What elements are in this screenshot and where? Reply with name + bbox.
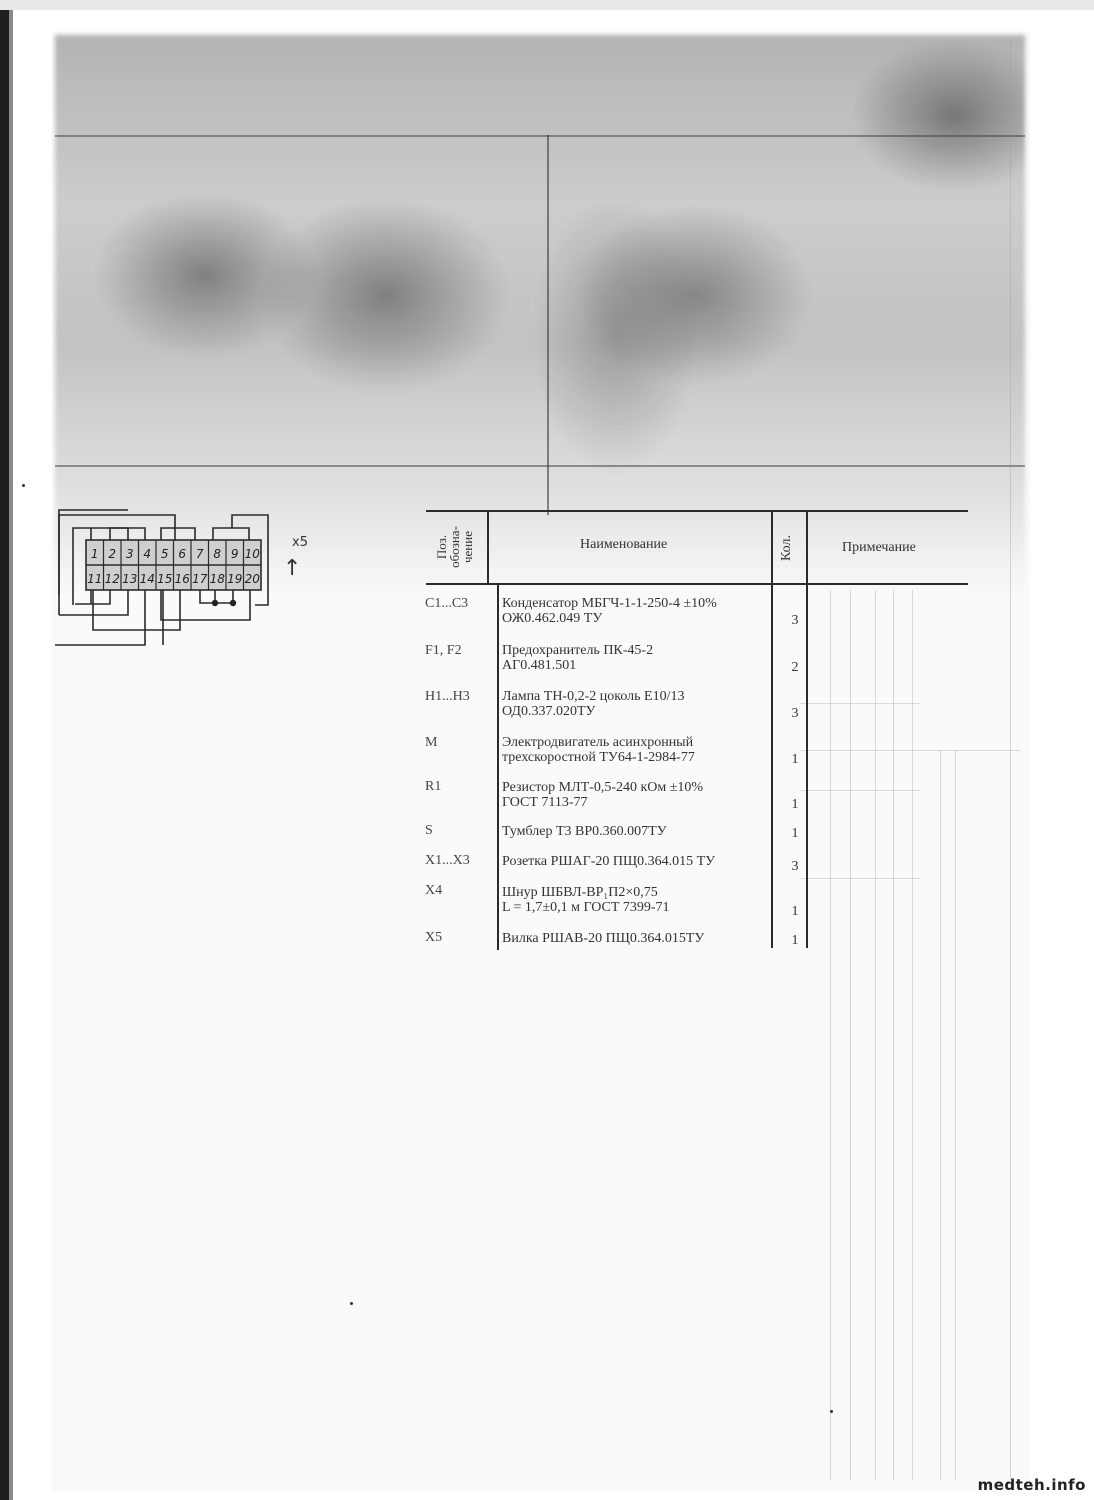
row-position: X5 [425,930,442,946]
arrow-up-icon: ↑ [283,556,301,581]
table-header-border [426,583,968,585]
pin-label: 17 [192,572,208,586]
pin-label: 19 [227,572,242,586]
ghost-line [893,590,894,1480]
pin-label: 4 [143,547,151,561]
pin-label: 9 [231,547,239,561]
table-column-divider [497,585,499,950]
scan-top-border [0,0,1094,10]
pin-label: 13 [122,572,137,586]
pin-label: 14 [140,572,155,586]
row-qty: 1 [788,752,802,768]
row-name: Лампа ТН-0,2-2 цоколь Е10/13 ОД0.337.020… [502,689,684,719]
pin-label: 5 [161,547,169,561]
row-name: Предохранитель ПК-45-2 АГ0.481.501 [502,643,653,673]
row-qty: 3 [788,859,802,875]
row-name: Шнур ШБВЛ-ВР₁П2×0,75 L = 1,7±0,1 м ГОСТ … [502,885,670,915]
row-qty: 1 [788,826,802,842]
row-qty: 3 [788,613,802,629]
ghost-line [800,750,1020,751]
pin-label: 8 [213,547,221,561]
table-column-divider [771,512,773,948]
pin-label: 16 [175,572,191,586]
table-top-border [426,510,968,512]
row-name: Розетка РШАГ-20 ПЩ0.364.015 ТУ [502,854,715,869]
scan-speck [22,484,25,487]
ghost-line [800,878,920,879]
row-position: C1...C3 [425,596,468,612]
smudge-divider [547,135,549,515]
row-name: Вилка РШАВ-20 ПЩ0.364.015ТУ [502,931,704,946]
row-position: X1...X3 [425,853,470,869]
scan-left-edge [0,10,9,1500]
scan-speck [830,1410,833,1413]
ghost-line [1010,40,1011,1480]
connector-diagram: 12345678910 11121314151617181920 [55,495,345,655]
row-qty: 1 [788,904,802,920]
row-qty: 1 [788,797,802,813]
header-position: Поз. обозна- чение [435,512,475,582]
row-position: M [425,735,437,751]
pin-label: 7 [196,547,204,561]
row-qty: 1 [788,933,802,949]
row-position: F1, F2 [425,643,462,659]
row-name: Резистор МЛТ-0,5-240 кОм ±10% ГОСТ 7113-… [502,780,703,810]
header-note: Примечание [842,540,916,556]
pin-label: 10 [245,547,261,561]
row-qty: 2 [788,660,802,676]
pin-label: 11 [87,572,102,586]
smudge-line [55,465,1025,467]
ghost-line [850,590,851,1480]
row-name: Электродвигатель асинхронный трехскорост… [502,735,695,765]
pin-label: 18 [210,572,226,586]
pin-label: 1 [91,547,99,561]
table-column-divider [487,512,489,584]
ghost-line [955,750,956,1480]
pin-label: 6 [178,547,186,561]
pin-label: 2 [108,547,116,561]
connector-label: x5 [292,535,308,550]
pin-label: 3 [126,547,134,561]
row-position: H1...H3 [425,689,470,705]
smudge-line [55,135,1025,137]
ghost-line [912,590,913,1480]
ghost-line [875,590,876,1480]
pin-label: 20 [245,572,261,586]
row-position: X4 [425,883,442,899]
ghost-line [800,790,920,791]
ghost-line [830,590,831,1480]
row-qty: 3 [788,706,802,722]
ghost-line [940,750,941,1480]
row-name: Конденсатор МБГЧ-1-1-250-4 ±10% ОЖ0.462.… [502,596,717,626]
table-column-divider [806,512,808,948]
watermark: medteh.info [978,1476,1086,1494]
row-name: Тумблер Т3 ВР0.360.007ТУ [502,824,667,839]
pin-label: 15 [157,572,172,586]
scan-left-edge-shadow [9,10,13,1500]
header-qty: Кол. [780,530,796,566]
scan-speck [350,1302,353,1305]
pin-label: 12 [105,572,120,586]
row-position: S [425,823,433,839]
header-name: Наименование [580,537,667,553]
row-position: R1 [425,779,441,795]
ghost-line [800,703,920,704]
